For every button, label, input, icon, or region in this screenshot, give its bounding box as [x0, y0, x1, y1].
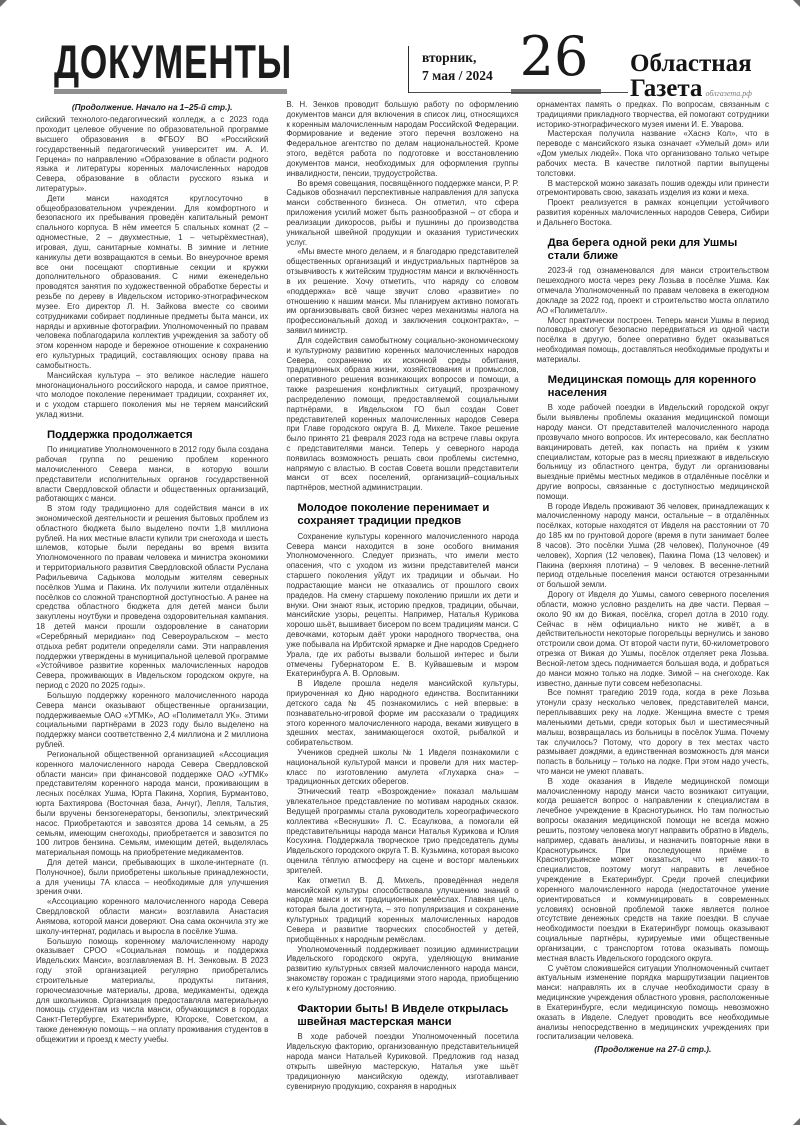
issue-date-day: 7 мая / 2024: [422, 67, 493, 85]
article-paragraph: орнаментах память о предках. По вопросам…: [537, 100, 769, 129]
article-subheading: Молодое поколение перенимает и сохраняет…: [286, 502, 518, 529]
article-paragraph: Большую помощь коренному малочисленному …: [36, 937, 268, 1045]
article-paragraph: сийский технолого-педагогический колледж…: [36, 115, 268, 194]
article-paragraph: Мансийская культура – это великое наслед…: [36, 371, 268, 420]
masthead-vertical-rule: [408, 46, 409, 93]
section-title: ДОКУМЕНТЫ: [54, 38, 292, 85]
masthead: ДОКУМЕНТЫ вторник, 7 мая / 2024 26 Облас…: [0, 0, 800, 108]
continuation-note: (Продолжение. Начало на 1–25-й стр.).: [36, 102, 268, 112]
article-column-3: орнаментах память о предках. По вопросам…: [537, 100, 769, 1091]
article-paragraph: Большую поддержку коренного малочисленно…: [36, 691, 268, 750]
article-paragraph: В Ивделе прошла неделя мансийской культу…: [286, 679, 518, 748]
article-paragraph: В. Н. Зенков проводит большую работу по …: [286, 100, 518, 179]
article-paragraph: Дети манси находятся круглосуточно в общ…: [36, 194, 268, 371]
article-subheading: Фактории быть! В Ивделе открылась швейна…: [286, 1003, 518, 1030]
article-paragraph: «Ассоциацию коренного малочисленного нар…: [36, 897, 268, 936]
section-title-underline: [54, 89, 287, 94]
article-paragraph: Все помнят трагедию 2019 года, когда в р…: [537, 688, 769, 776]
article-subheading: Поддержка продолжается: [36, 429, 268, 442]
article-paragraph: Региональной общественной организацией «…: [36, 750, 268, 858]
issue-date: вторник, 7 мая / 2024: [422, 49, 493, 84]
page-number: 26: [498, 30, 610, 84]
article-paragraph: Дорогу от Ивделя до Ушмы, самого северно…: [537, 590, 769, 688]
page-corner-mark: [0, 1118, 7, 1125]
article-column-1: (Продолжение. Начало на 1–25-й стр.).сий…: [36, 100, 268, 1091]
article-paragraph: Учеников средней школы № 1 Ивделя познак…: [286, 748, 518, 787]
article-paragraph: В мастерской можно заказать пошив одежды…: [537, 179, 769, 199]
article-paragraph: Как отметил В. Д. Михель, проведённая не…: [286, 876, 518, 945]
article-paragraph: В ходе оказания в Ивделе медицинской пом…: [537, 777, 769, 964]
masthead-horizontal-rule: [409, 92, 628, 93]
newspaper-logo-line2: Газетаоблгазета.рф: [630, 77, 790, 102]
newspaper-logo: Областная Газетаоблгазета.рф: [630, 52, 790, 101]
article-paragraph: Для содействия самобытному социально-эко…: [286, 336, 518, 493]
article-paragraph: Сохранение культуры коренного малочислен…: [286, 532, 518, 679]
article-paragraph: С учётом сложившейся ситуации Уполномоче…: [537, 964, 769, 1043]
article-paragraph: Мастерская получила название «Хаснэ Кол»…: [537, 129, 769, 178]
article-paragraph: Уполномоченный поддерживает позицию адми…: [286, 945, 518, 994]
article-paragraph: По инициативе Уполномоченного в 2012 год…: [36, 445, 268, 504]
article-paragraph: В ходе рабочей поездки Уполномоченный по…: [286, 1032, 518, 1091]
issue-date-weekday: вторник,: [422, 49, 493, 67]
article-subheading: Два берега одной реки для Ушмы стали бли…: [537, 237, 769, 264]
article-paragraph: В этом году традиционно для содействия м…: [36, 504, 268, 691]
article-paragraph: Для детей манси, пребывающих в школе-инт…: [36, 858, 268, 897]
article-column-2: В. Н. Зенков проводит большую работу по …: [286, 100, 518, 1091]
article-subheading: Медицинская помощь для коренного населен…: [537, 374, 769, 401]
newspaper-logo-line1: Областная: [630, 52, 790, 77]
article-paragraph: В ходе рабочей поездки в Ивдельский горо…: [537, 403, 769, 501]
article-columns: (Продолжение. Начало на 1–25-й стр.).сий…: [0, 100, 800, 1091]
page-corner-mark: [793, 1118, 800, 1125]
continuation-note: (Продолжение на 27-й стр.).: [537, 1044, 769, 1054]
article-paragraph: «Мы вместе много делаем, и я благодарю п…: [286, 247, 518, 335]
article-paragraph: Мост практически построен. Теперь манси …: [537, 316, 769, 365]
article-paragraph: 2023-й год ознаменовался для манси строи…: [537, 266, 769, 315]
article-paragraph: Этнический театр «Возрождение» показал м…: [286, 787, 518, 875]
article-paragraph: В городе Ивдель проживают 36 человек, пр…: [537, 502, 769, 590]
article-paragraph: Проект реализуется в рамках концепции ус…: [537, 198, 769, 227]
article-paragraph: Во время совещания, посвящённого поддерж…: [286, 179, 518, 248]
newspaper-website: облгазета.рф: [705, 89, 751, 98]
